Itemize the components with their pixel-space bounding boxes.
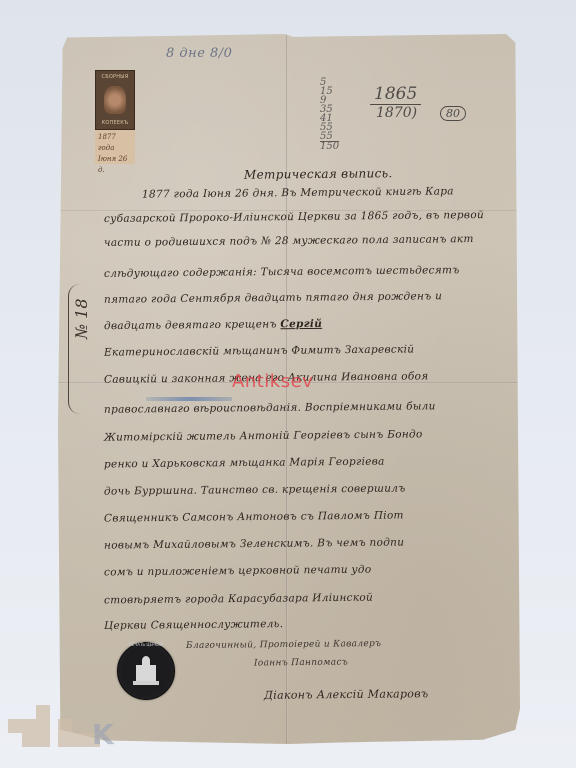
pencil-fraction: 1865 1870) 80: [370, 84, 421, 121]
text-line: пятаго года Сентября двадцать пятаго дня…: [104, 290, 442, 306]
text-line: православнаго вѣроисповѣданія. Воспріемн…: [104, 400, 436, 415]
closing-line: Благочинный, Протоіерей и Кавалеръ: [186, 639, 381, 651]
watermark: Antiksev: [232, 371, 313, 392]
logo-letter-icon: K: [92, 718, 114, 751]
text-line: сомъ и приложеніемъ церковной печати удо: [104, 564, 372, 579]
text-line: части о родившихся подъ № 28 мужескаго п…: [104, 233, 474, 249]
fraction-denominator: 1870): [370, 105, 421, 121]
blue-pencil-mark: [146, 397, 232, 401]
stamp-handwritten-2: Іюня 26 д.: [98, 154, 132, 176]
revenue-stamp: СБОРНЫЯ КОПЕЕКЪ 1877 года Іюня 26 д.: [95, 70, 135, 164]
text-line: Церкви Священнослужитель.: [104, 618, 283, 632]
text-line: Екатеринославскій мѣщанинъ Фимитъ Захаре…: [104, 343, 414, 358]
stamp-cancellation: 1877 года Іюня 26 д.: [95, 130, 135, 164]
tally-number: 150: [320, 142, 339, 151]
text-line: слѣдующаго содержанія: Тысяча восемсотъ …: [104, 264, 460, 280]
pencil-note: 8 дне 8/0: [166, 46, 232, 61]
closing-line: Іоаннъ Панпомасъ: [254, 658, 348, 669]
text-line: стовѣряетъ города Карасубазара Иліинской: [104, 592, 373, 607]
seal-text: ПЕЧАТЬ ЦЕРКВИ: [118, 642, 174, 647]
church-icon: [133, 656, 159, 686]
fraction-numerator: 1865: [370, 84, 421, 105]
margin-note: № 18: [72, 298, 91, 339]
text-line: Священникъ Самсонъ Антоновъ съ Павломъ П…: [104, 509, 404, 524]
pencil-tally: 5 15 9 35 41 55 55 150: [320, 78, 339, 151]
text-line: дочь Бурршина. Таинство св. крещенія сов…: [104, 482, 406, 497]
stamp-image: СБОРНЫЯ КОПЕЕКЪ: [95, 70, 135, 130]
text-line: 1877 года Іюня 26 дня. Въ Метрической кн…: [142, 185, 454, 200]
stamp-label-top: СБОРНЫЯ: [102, 74, 129, 80]
text-line: ренко и Харьковская мѣщанка Марія Георгі…: [104, 456, 385, 471]
document-heading: Метрическая выпись.: [244, 166, 393, 182]
text-line: двадцать девятаго крещенъ Сергій: [104, 318, 322, 332]
text-line: субазарской Пророко-Иліинской Церкви за …: [104, 209, 484, 225]
text-line: Житомірскій житель Антоній Георгіевъ сын…: [104, 428, 423, 443]
church-seal: ПЕЧАТЬ ЦЕРКВИ: [117, 642, 175, 700]
stamp-label-bottom: КОПЕЕКЪ: [102, 120, 129, 126]
fraction-circled: 80: [440, 106, 466, 121]
stamp-handwritten-1: 1877 года: [98, 132, 132, 154]
text-line: новымъ Михайловымъ Зеленскимъ. Въ чемъ п…: [104, 536, 404, 551]
text-fragment: двадцать девятаго крещенъ: [104, 318, 277, 332]
eagle-icon: [104, 86, 126, 114]
child-name: Сергій: [280, 318, 322, 330]
signature: Діаконъ Алексій Макаровъ: [264, 687, 429, 702]
